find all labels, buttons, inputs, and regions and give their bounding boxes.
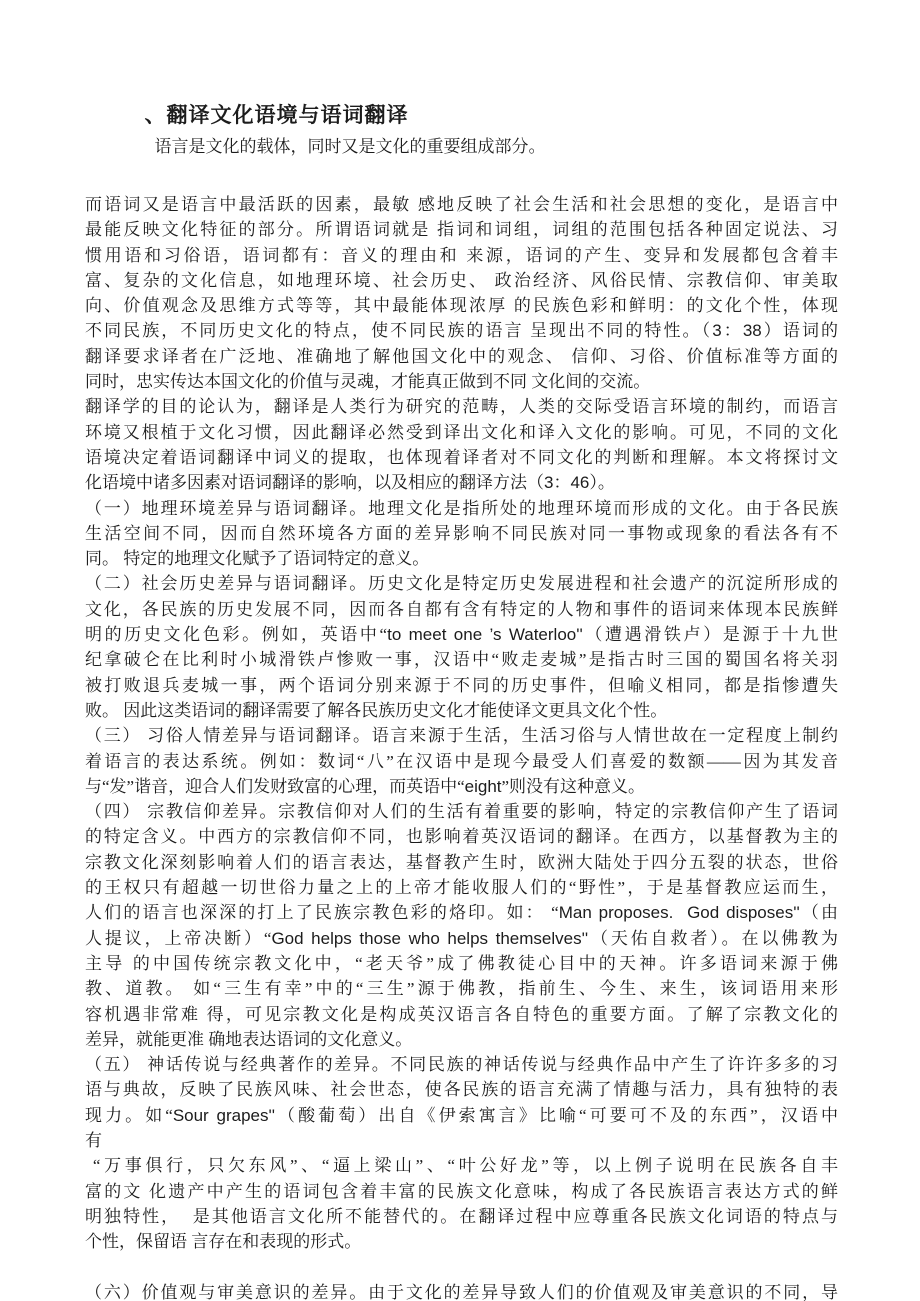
latin-text: eight bbox=[465, 777, 502, 796]
text-line: 与“发”谐音，迎合人们发财致富的心理，而英语中“eight”则没有这种意义。 bbox=[85, 774, 838, 799]
document-page: 、翻译文化语境与语词翻译 语言是文化的载体，同时又是文化的重要组成部分。 而语词… bbox=[0, 0, 920, 1301]
text-line: 主导 的中国传统宗教文化中，“老天爷”成了佛教徒心目中的天神。许多语词来源于佛 bbox=[85, 951, 838, 976]
text-line: 明独特性， 是其他语言文化所不能替代的。在翻译过程中应尊重各民族文化词语的特点与 bbox=[85, 1204, 838, 1229]
text-line: 的王权只有超越一切世俗力量之上的上帝才能收服人们的“野性”，于是基督教应运而生， bbox=[85, 875, 838, 900]
text-line: 个性，保留语 言存在和表现的形式。 bbox=[85, 1229, 838, 1254]
latin-text: 3 bbox=[712, 321, 721, 340]
text-line: 宗教文化深刻影响着人们的语言表达，基督教产生时，欧洲大陆处于四分五裂的状态，世俗 bbox=[85, 850, 838, 875]
latin-text: to meet one ’s Waterloo'' bbox=[387, 625, 583, 644]
text-line: （二）社会历史差异与语词翻译。历史文化是特定历史发展进程和社会遗产的沉淀所形成的 bbox=[85, 571, 838, 596]
text-line: 差异，就能更准 确地表达语词的文化意义。 bbox=[85, 1027, 838, 1052]
text-line: 文化，各民族的历史发展不同，因而各自都有含有特定的人物和事件的语词来体现本民族鲜 bbox=[85, 597, 838, 622]
text-line: 败。 因此这类语词的翻译需要了解各民族历史文化才能使译文更具文化个性。 bbox=[85, 698, 838, 723]
title-line: 、翻译文化语境与语词翻译 语言是文化的载体，同时又是文化的重要组成部分。 bbox=[85, 70, 838, 192]
latin-text: Man proposes. God disposes'' bbox=[559, 903, 800, 922]
text-line: 最能反映文化特征的部分。所谓语词就是 指词和词组，词组的范围包括各种固定说法、习 bbox=[85, 217, 838, 242]
latin-text: God helps those who helps themselves'' bbox=[271, 929, 588, 948]
text-line: 惯用语和习俗语，语词都有：音义的理由和 来源，语词的产生、变异和发展都包含着丰 bbox=[85, 243, 838, 268]
text-line: 富、复杂的文化信息，如地理环境、社会历史、 政治经济、风俗民情、宗教信仰、审美取 bbox=[85, 268, 838, 293]
text-line: 不同民族，不同历史文化的特点，使不同民族的语言 呈现出不同的特性。（3：38）语… bbox=[85, 318, 838, 343]
text-line: 环境又根植于文化习惯，因此翻译必然受到译出文化和译入文化的影响。可见，不同的文化 bbox=[85, 420, 838, 445]
text-line: 同。 特定的地理文化赋予了语词特定的意义。 bbox=[85, 546, 838, 571]
text-line: 着语言的表达系统。例如：数词“八”在汉语中是现今最受人们喜爱的数额——因为其发音 bbox=[85, 749, 838, 774]
text-line: 的特定含义。中西方的宗教信仰不同，也影响着英汉语词的翻译。在西方，以基督教为主的 bbox=[85, 824, 838, 849]
text-line: 富的文 化遗产中产生的语词包含着丰富的民族文化意味，构成了各民族语言表达方式的鲜 bbox=[85, 1179, 838, 1204]
text-line: 人们的语言也深深的打上了民族宗教色彩的烙印。如： “Man proposes. … bbox=[85, 900, 838, 925]
text-line: 生活空间不同，因而自然环境各方面的差异影响不同民族对同一事物或现象的看法各有不 bbox=[85, 521, 838, 546]
text-line: 明的历史文化色彩。例如，英语中“to meet one ’s Waterloo'… bbox=[85, 622, 838, 647]
text-line: 翻译学的目的论认为，翻译是人类行为研究的范畴，人类的交际受语言环境的制约，而语言 bbox=[85, 394, 838, 419]
text-line: （四） 宗教信仰差异。宗教信仰对人们的生活有着重要的影响，特定的宗教信仰产生了语… bbox=[85, 799, 838, 824]
latin-text: 38 bbox=[743, 321, 762, 340]
document-content: 、翻译文化语境与语词翻译 语言是文化的载体，同时又是文化的重要组成部分。 而语词… bbox=[85, 70, 838, 1301]
latin-text: Sour grapes'' bbox=[173, 1106, 275, 1125]
text-line: 而语词又是语言中最活跃的因素，最敏 感地反映了社会生活和社会思想的变化，是语言中 bbox=[85, 192, 838, 217]
text-line: 纪拿破仑在比利时小城滑铁卢惨败一事，汉语中“败走麦城”是指古时三国的蜀国名将关羽 bbox=[85, 647, 838, 672]
closing-line: （六）价值观与审美意识的差异。由于文化的差异导致人们的价值观及审美意识的不同，导 bbox=[85, 1280, 838, 1301]
text-line: 教、道教。 如“三生有幸”中的“三生”源于佛教，指前生、今生、来生，该词语用来形 bbox=[85, 976, 838, 1001]
title-line-text: 语言是文化的载体，同时又是文化的重要组成部分。 bbox=[155, 137, 546, 156]
text-line: 被打败退兵麦城一事，两个语词分别来源于不同的历史事件，但喻义相同，都是指惨遭失 bbox=[85, 673, 838, 698]
text-line: 容机遇非常难 得，可见宗教文化是构成英汉语言各自特色的重要方面。了解了宗教文化的 bbox=[85, 1002, 838, 1027]
latin-text: 3 bbox=[544, 473, 553, 492]
text-line: （三） 习俗人情差异与语词翻译。语言来源于生活，生活习俗与人情世故在一定程度上制… bbox=[85, 723, 838, 748]
text-line: 人提议，上帝决断）“God helps those who helps them… bbox=[85, 926, 838, 951]
text-line: 语与典故，反映了民族风味、社会世态，使各民族的语言充满了情趣与活力，具有独特的表 bbox=[85, 1077, 838, 1102]
text-line: 现力。如“Sour grapes''（酸葡萄）出自《伊索寓言》比喻“可要可不及的… bbox=[85, 1103, 838, 1128]
document-title: 、翻译文化语境与语词翻译 bbox=[145, 103, 409, 127]
text-line: 化语境中诸多因素对语词翻译的影响，以及相应的翻译方法（3：46）。 bbox=[85, 470, 838, 495]
text-line: “万事俱行，只欠东风”、“逼上梁山”、“叶公好龙”等，以上例子说明在民族各自丰 bbox=[85, 1153, 838, 1178]
text-line: 翻译要求译者在广泛地、准确地了解他国文化中的观念、 信仰、习俗、价值标准等方面的 bbox=[85, 344, 838, 369]
text-line: 同时，忠实传达本国文化的价值与灵魂，才能真正做到不同 文化间的交流。 bbox=[85, 369, 838, 394]
text-line: （一）地理环境差异与语词翻译。地理文化是指所处的地理环境而形成的文化。由于各民族 bbox=[85, 496, 838, 521]
body-text: 而语词又是语言中最活跃的因素，最敏 感地反映了社会生活和社会思想的变化，是语言中… bbox=[85, 192, 838, 1254]
text-line: 语境决定着语词翻译中词义的提取，也体现着译者对不同文化的判断和理解。本文将探讨文 bbox=[85, 445, 838, 470]
text-line: 有 bbox=[85, 1128, 838, 1153]
text-line: 向、价值观念及思维方式等等，其中最能体现浓厚 的民族色彩和鲜明：的文化个性，体现 bbox=[85, 293, 838, 318]
latin-text: 46 bbox=[570, 473, 589, 492]
text-line: （五） 神话传说与经典著作的差异。不同民族的神话传说与经典作品中产生了许许多多的… bbox=[85, 1052, 838, 1077]
